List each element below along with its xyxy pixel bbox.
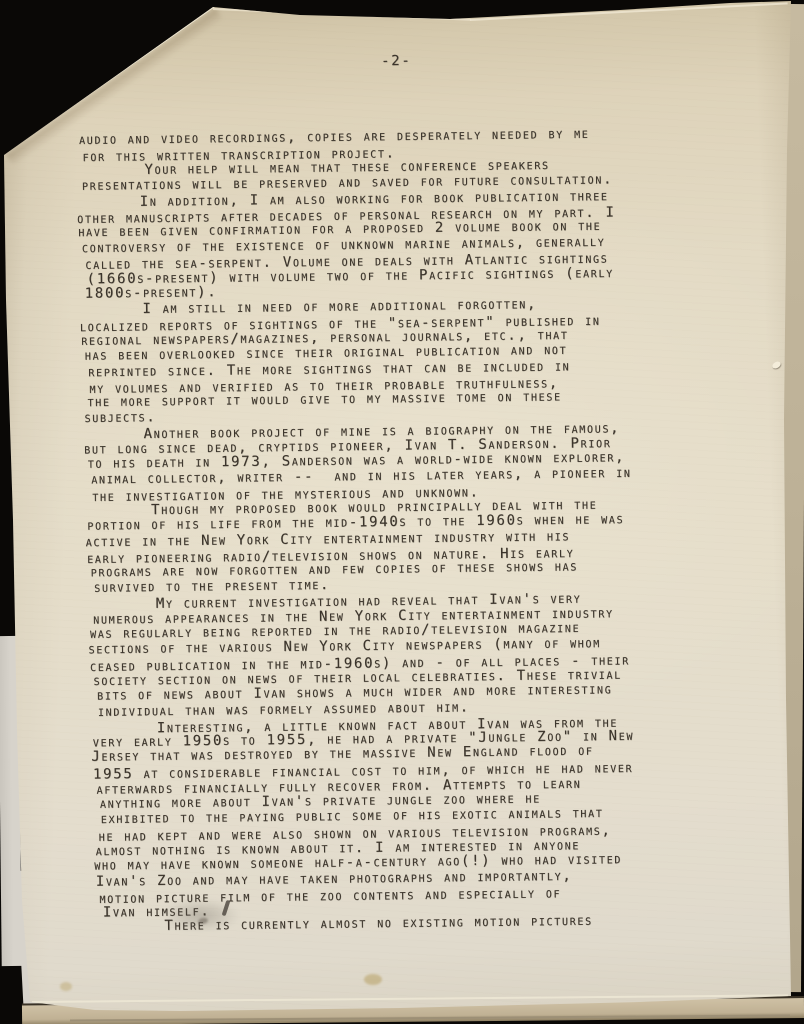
paper-fleck xyxy=(771,360,782,370)
typewritten-text-block: -2- audio and video recordings, copies a… xyxy=(78,48,769,968)
document-page: -2- audio and video recordings, copies a… xyxy=(0,0,804,1016)
paper-stain-1 xyxy=(364,974,382,985)
paper-stain-2 xyxy=(60,982,72,991)
top-edge-highlight-right xyxy=(470,2,788,21)
photo-backdrop: -2- audio and video recordings, copies a… xyxy=(0,0,804,1024)
top-edge-highlight-left xyxy=(213,8,471,21)
page-number: -2- xyxy=(381,54,412,70)
typewritten-lines: audio and video recordings, copies are d… xyxy=(79,125,769,937)
